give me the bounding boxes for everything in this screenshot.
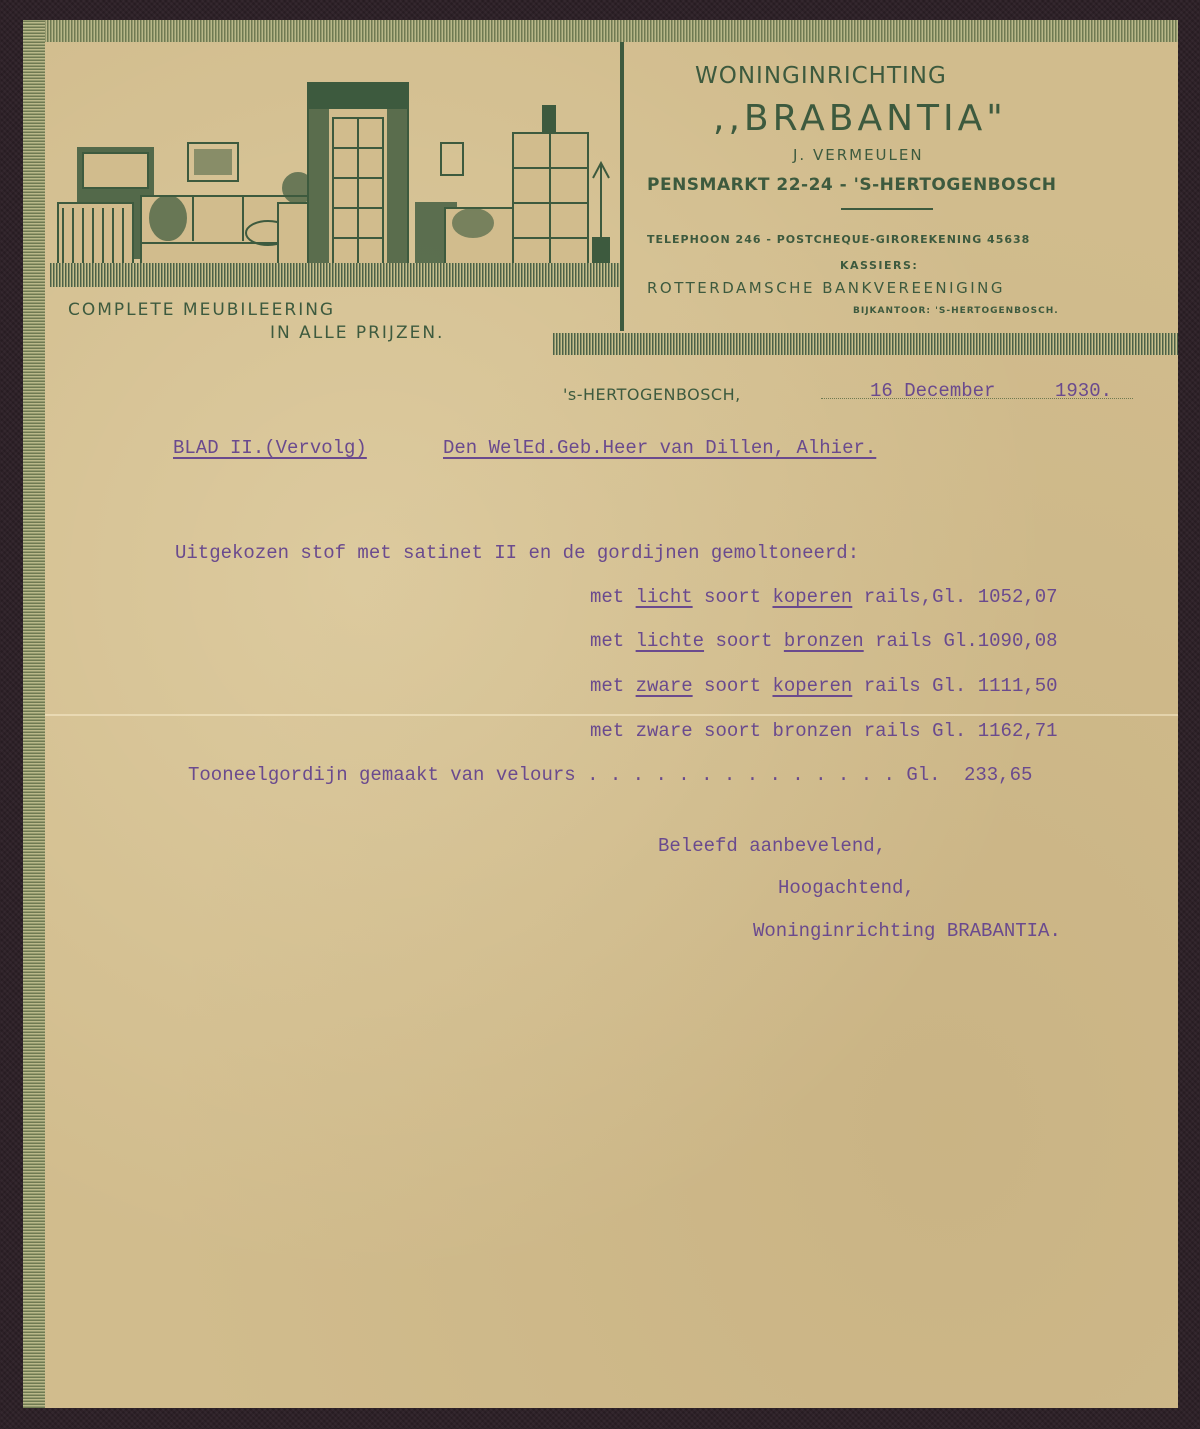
company-address: PENSMARKT 22-24 - 'S-HERTOGENBOSCH <box>647 175 1057 195</box>
price-line-3: met zware soort koperen rails Gl. 1111,5… <box>590 675 1058 697</box>
bank-label: KASSIERS: <box>840 259 918 272</box>
address-underline <box>841 208 933 210</box>
company-name: ,,BRABANTIA" <box>713 98 1007 139</box>
extra-item-line: Tooneelgordijn gemaakt van velours . . .… <box>188 764 1032 786</box>
contact-line: TELEPHOON 246 - POSTCHEQUE-GIROREKENING … <box>647 233 1030 246</box>
slogan-line1: COMPLETE MEUBILEERING <box>68 300 335 320</box>
date-day-month: 16 December <box>870 380 995 402</box>
intro-line: Uitgekozen stof met satinet II en de gor… <box>175 542 859 564</box>
date-year: 1930. <box>1055 380 1112 402</box>
company-line1: WONINGINRICHTING <box>695 63 947 89</box>
striped-border-top <box>23 20 1178 42</box>
slogan-line2: IN ALLE PRIJZEN. <box>270 323 444 343</box>
sheet-reference: BLAD II.(Vervolg) <box>173 437 367 459</box>
closing-line1: Beleefd aanbevelend, <box>658 835 886 857</box>
paper-fold-crease <box>45 714 1178 716</box>
bank-name: ROTTERDAMSCHE BANKVEREENIGING <box>647 279 1005 297</box>
dateline-place: 's-HERTOGENBOSCH, <box>563 385 741 404</box>
letterhead-stripe-left <box>50 263 620 287</box>
furnished-living-room-illustration <box>53 68 618 278</box>
price-line-1: met licht soort koperen rails,Gl. 1052,0… <box>590 586 1058 608</box>
letterhead-stripe-right <box>553 333 1178 355</box>
addressee: Den WelEd.Geb.Heer van Dillen, Alhier. <box>443 437 876 459</box>
closing-signature: Woninginrichting BRABANTIA. <box>753 920 1061 942</box>
letterhead-divider <box>620 42 624 331</box>
price-line-2: met lichte soort bronzen rails Gl.1090,0… <box>590 630 1058 652</box>
proprietor-name: J. VERMEULEN <box>793 146 924 164</box>
striped-border-left <box>23 20 45 1408</box>
letter-page: COMPLETE MEUBILEERING IN ALLE PRIJZEN. W… <box>23 20 1178 1408</box>
bank-branch: BIJKANTOOR: 'S-HERTOGENBOSCH. <box>853 306 1059 316</box>
closing-line2: Hoogachtend, <box>778 877 915 899</box>
price-line-4: met zware soort bronzen rails Gl. 1162,7… <box>590 720 1058 742</box>
